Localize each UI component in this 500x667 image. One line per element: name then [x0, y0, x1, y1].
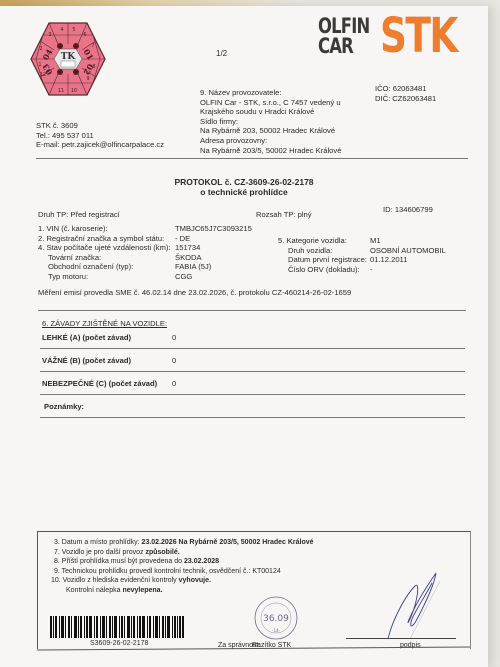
defect-serious-count: 0 [172, 356, 176, 365]
svg-text:11: 11 [58, 88, 64, 94]
logo-line1: OLFIN [318, 16, 369, 36]
logo-brand: STK [380, 10, 457, 62]
svg-text:4: 4 [60, 27, 63, 33]
operator-line: Na Rybárně 203/5, 50002 Hradec Králové [200, 146, 341, 156]
defect-light-count: 0 [172, 333, 176, 342]
category-value: M1 [370, 236, 446, 246]
protocol-subtitle: o technické prohlídce [0, 187, 488, 197]
svg-text:10: 10 [71, 88, 77, 94]
orv-label: Číslo ORV (dokladu): [278, 265, 367, 275]
station-phone: Tel.: 495 537 011 [36, 131, 164, 141]
svg-text:7: 7 [91, 43, 94, 49]
summary-registry-check: 10. Vozidlo z hlediska evidenční kontrol… [51, 576, 211, 586]
svg-text:3: 3 [48, 32, 51, 38]
barcode-number: S3609-26-02-2178 [90, 640, 148, 647]
defect-light-label: LEHKÉ (A) (počet závad) [42, 333, 131, 342]
operator-line: Adresa provozovny: [200, 136, 341, 146]
inspection-scope: Rozsah TP: plný [256, 210, 312, 219]
emissions-note: Měření emisí provedla SME č. 46.02.14 dn… [38, 288, 351, 297]
divider [40, 394, 465, 395]
page-number: 1/2 [216, 49, 227, 58]
plate-value: - DE [175, 234, 252, 244]
model-value: FABIA (5J) [175, 262, 252, 272]
protocol-title: PROTOKOL č. CZ-3609-26-02-2178 o technic… [0, 177, 488, 197]
notes-label: Poznámky: [44, 402, 84, 411]
document-page: TK 45 67 89 1011 121 23 04 01 02 03 1/2 … [0, 6, 488, 667]
divider [40, 417, 465, 418]
divider [38, 310, 466, 311]
defect-serious-label: VÁŽNÉ (B) (počet závad) [42, 356, 131, 365]
defect-dangerous-label: NEBEZPEČNÉ (C) (počet závad) [42, 379, 157, 388]
summary-date-place: 3. Datum a místo prohlídky: 23.02.2026 N… [54, 538, 314, 548]
ico: IČO: 62063481 [375, 84, 436, 94]
summary-next-inspection: 8. Příští prohlídka musí být provedena d… [54, 557, 219, 567]
engine-label: Typ motoru: [38, 272, 171, 282]
svg-text:TK: TK [61, 52, 77, 62]
svg-text:6: 6 [83, 32, 86, 38]
signature-icon [380, 561, 455, 641]
operator-line: Sídlo firmy: [200, 117, 341, 127]
vehicle-category-values: M1 OSOBNÍ AUTOMOBIL 01.12.2011 - [370, 236, 446, 274]
divider [40, 348, 465, 349]
inspection-seal-icon: TK 45 67 89 1011 121 23 04 01 02 03 [30, 22, 106, 96]
protocol-number: PROTOKOL č. CZ-3609-26-02-2178 [0, 177, 488, 187]
category-label: 5. Kategorie vozidla: [278, 236, 367, 246]
odometer-label: 4. Stav počítače ujeté vzdálenosti (km): [38, 243, 171, 253]
svg-text:36.09: 36.09 [263, 614, 289, 624]
operator-info: 9. Název provozovatele: OLFIN Car - STK,… [200, 88, 341, 155]
vehicle-category-labels: 5. Kategorie vozidla: Druh vozidla: Datu… [278, 236, 367, 274]
summary-technician: 9. Technickou prohlídku provedl kontroln… [54, 567, 281, 577]
divider [40, 371, 465, 372]
logo-line2: CAR [318, 36, 369, 56]
odometer-value: 151734 [175, 243, 252, 253]
divider [36, 158, 468, 159]
olfin-car-stk-logo: OLFIN CAR STK [318, 16, 483, 64]
svg-text:5: 5 [72, 27, 75, 33]
orv-value: - [370, 265, 446, 275]
operator-line: Na Rybárně 203, 50002 Hradec Králové [200, 126, 341, 136]
inspection-type: Druh TP: Před registrací [38, 210, 120, 219]
station-contact: STK č. 3609 Tel.: 495 537 011 E-mail: pe… [36, 121, 164, 150]
signature-line [346, 638, 456, 639]
barcode-icon [50, 616, 184, 638]
first-registration-value: 01.12.2011 [370, 255, 446, 265]
stk-stamp-icon: 36.09 -14- [251, 595, 301, 641]
first-registration-label: Datum první registrace: [278, 255, 367, 265]
svg-text:2: 2 [39, 46, 42, 52]
summary-sticker: Kontrolní nálepka nevylepena. [66, 586, 163, 596]
vehicle-kind-value: OSOBNÍ AUTOMOBIL [370, 246, 446, 256]
svg-text:-14-: -14- [272, 628, 281, 633]
station-email: E-mail: petr.zajicek@olfincarpalace.cz [36, 140, 164, 150]
operator-line: OLFIN Car - STK, s.r.o., C 7457 vedený u [200, 98, 341, 108]
vehicle-values: TMBJC65J7C3093215 - DE 151734 ŠKODA FABI… [175, 224, 252, 282]
company-ids: IČO: 62063481 DIČ: CZ62063481 [375, 84, 436, 103]
engine-value: CGG [175, 272, 252, 282]
protocol-id: ID: 134606799 [383, 205, 433, 214]
svg-text:9: 9 [86, 76, 89, 82]
vin-value: TMBJC65J7C3093215 [175, 224, 252, 234]
station-number: STK č. 3609 [36, 121, 164, 131]
vehicle-kind-label: Druh vozidla: [278, 246, 367, 256]
dic: DIČ: CZ62063481 [375, 94, 436, 104]
operator-line: 9. Název provozovatele: [200, 88, 341, 98]
model-label: Obchodní označení (typ): [38, 262, 171, 272]
vehicle-labels: 1. VIN (č. karoserie): 2. Registrační zn… [38, 224, 171, 282]
vin-label: 1. VIN (č. karoserie): [38, 224, 171, 234]
operator-line: Krajského soudu v Hradci Králové [200, 107, 341, 117]
make-label: Tovární značka: [38, 253, 171, 263]
defect-dangerous-count: 0 [172, 379, 176, 388]
make-value: ŠKODA [175, 253, 252, 263]
summary-roadworthy: 7. Vozidlo je pro další provoz způsobilé… [54, 548, 180, 558]
plate-label: 2. Registrační značka a symbol státu: [38, 234, 171, 244]
defects-heading: 6. ZÁVADY ZJIŠTĚNÉ NA VOZIDLE: [42, 319, 167, 328]
